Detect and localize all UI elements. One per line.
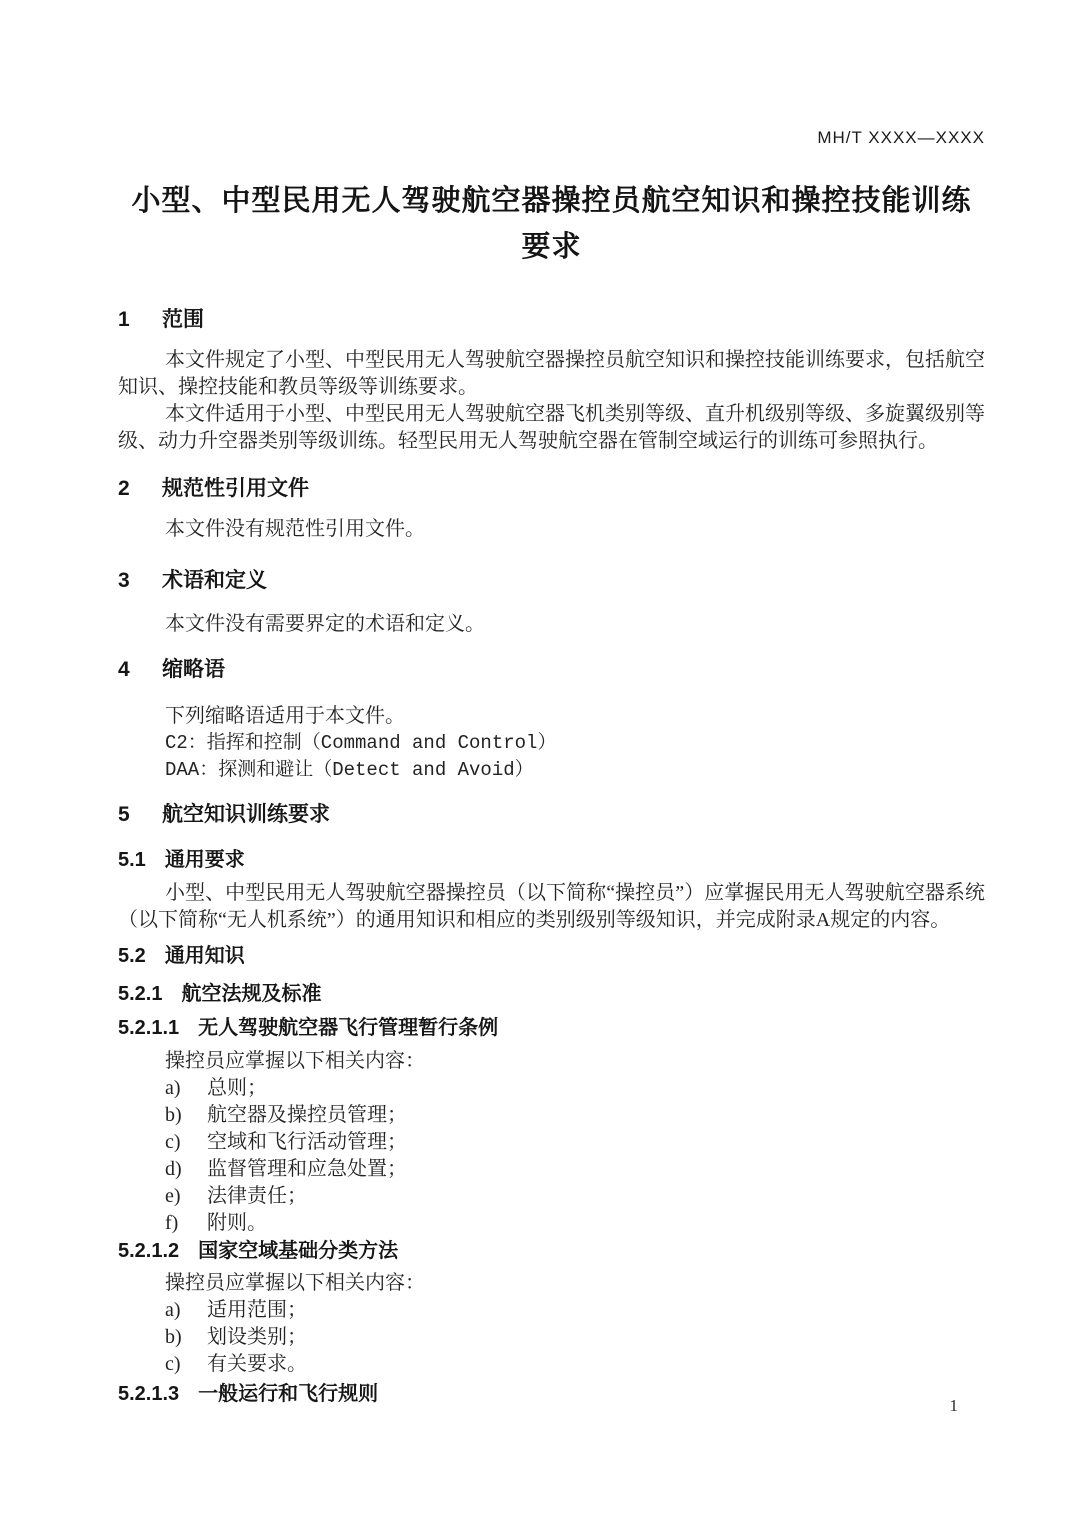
section-title: 一般运行和飞行规则: [198, 1380, 378, 1408]
list-item-label: e): [165, 1183, 207, 1210]
airspace-classification-list: a) 适用范围； b) 划设类别； c) 有关要求。: [118, 1297, 985, 1378]
list-item-label: f): [165, 1210, 207, 1237]
section-heading-scope: 1 范围: [118, 306, 985, 334]
list-item-text: 适用范围；: [207, 1297, 307, 1324]
list-item-text: 航空器及操控员管理；: [207, 1102, 407, 1129]
section-heading-terms: 3 术语和定义: [118, 567, 985, 595]
doc-title-line2: 要求: [118, 224, 985, 270]
document-page: MH/T XXXX—XXXX 小型、中型民用无人驾驶航空器操控员航空知识和操控技…: [0, 0, 1080, 1527]
section-heading-airspace-classification: 5.2.1.2 国家空域基础分类方法: [118, 1237, 985, 1265]
list-item: a) 总则；: [118, 1075, 985, 1102]
list-item-label: b): [165, 1102, 207, 1129]
section-title: 通用知识: [165, 942, 245, 970]
doc-title: 小型、中型民用无人驾驶航空器操控员航空知识和操控技能训练 要求: [118, 178, 985, 270]
paragraph-scope-1: 本文件规定了小型、中型民用无人驾驶航空器操控员航空知识和操控技能训练要求，包括航…: [118, 347, 985, 401]
section-heading-normative-refs: 2 规范性引用文件: [118, 475, 985, 503]
list-item-text: 划设类别；: [207, 1324, 307, 1351]
list-item-text: 法律责任；: [207, 1183, 307, 1210]
list-item-label: b): [165, 1324, 207, 1351]
section-title: 术语和定义: [162, 567, 267, 595]
section-number: 5.2.1: [118, 980, 162, 1008]
section-heading-general-knowledge: 5.2 通用知识: [118, 942, 985, 970]
list-item-label: a): [165, 1075, 207, 1102]
section-number: 5.2.1.3: [118, 1380, 179, 1408]
list-item-text: 附则。: [207, 1210, 267, 1237]
section-number: 5.2: [118, 942, 146, 970]
section-number: 5.1: [118, 846, 146, 874]
paragraph-scope-2: 本文件适用于小型、中型民用无人驾驶航空器飞机类别等级、直升机级别等级、多旋翼级别…: [118, 401, 985, 455]
section-title: 航空法规及标准: [181, 980, 321, 1008]
section-number: 5.2.1.2: [118, 1237, 179, 1265]
section-number: 4: [118, 656, 162, 684]
list-item: f) 附则。: [118, 1210, 985, 1237]
section-number: 2: [118, 475, 162, 503]
paragraph-abbreviations-intro: 下列缩略语适用于本文件。: [118, 703, 985, 730]
paragraph-airspace-intro: 操控员应掌握以下相关内容：: [118, 1270, 985, 1297]
section-title: 国家空域基础分类方法: [198, 1237, 398, 1265]
list-item-label: a): [165, 1297, 207, 1324]
list-item-label: d): [165, 1156, 207, 1183]
abbreviation-daa: DAA：探测和避让（Detect and Avoid）: [118, 757, 985, 784]
paragraph-interim-intro: 操控员应掌握以下相关内容：: [118, 1048, 985, 1075]
section-title: 规范性引用文件: [162, 475, 309, 503]
list-item-text: 监督管理和应急处置；: [207, 1156, 407, 1183]
section-number: 5: [118, 801, 162, 829]
section-heading-flight-rules: 5.2.1.3 一般运行和飞行规则: [118, 1380, 985, 1408]
list-item: b) 航空器及操控员管理；: [118, 1102, 985, 1129]
interim-regulation-list: a) 总则； b) 航空器及操控员管理； c) 空域和飞行活动管理； d) 监督…: [118, 1075, 985, 1237]
list-item: a) 适用范围；: [118, 1297, 985, 1324]
list-item: d) 监督管理和应急处置；: [118, 1156, 985, 1183]
paragraph-general-req: 小型、中型民用无人驾驶航空器操控员（以下简称“操控员”）应掌握民用无人驾驶航空器…: [118, 880, 985, 934]
section-number: 1: [118, 306, 162, 334]
list-item-text: 空域和飞行活动管理；: [207, 1129, 407, 1156]
paragraph-normative-refs: 本文件没有规范性引用文件。: [118, 516, 985, 543]
section-number: 5.2.1.1: [118, 1014, 179, 1042]
doc-title-line1: 小型、中型民用无人驾驶航空器操控员航空知识和操控技能训练: [118, 178, 985, 224]
list-item-label: c): [165, 1129, 207, 1156]
list-item-label: c): [165, 1351, 207, 1378]
list-item-text: 有关要求。: [207, 1351, 307, 1378]
section-title: 通用要求: [165, 846, 245, 874]
section-title: 航空知识训练要求: [162, 801, 330, 829]
section-title: 无人驾驶航空器飞行管理暂行条例: [198, 1014, 498, 1042]
section-heading-interim-regulation: 5.2.1.1 无人驾驶航空器飞行管理暂行条例: [118, 1014, 985, 1042]
section-heading-abbreviations: 4 缩略语: [118, 656, 985, 684]
list-item: e) 法律责任；: [118, 1183, 985, 1210]
section-title: 范围: [162, 306, 204, 334]
paragraph-terms: 本文件没有需要界定的术语和定义。: [118, 611, 985, 638]
section-number: 3: [118, 567, 162, 595]
list-item: b) 划设类别；: [118, 1324, 985, 1351]
page-number: 1: [950, 1396, 959, 1416]
abbreviation-c2: C2：指挥和控制（Command and Control）: [118, 730, 985, 757]
section-heading-knowledge-req: 5 航空知识训练要求: [118, 801, 985, 829]
doc-code: MH/T XXXX—XXXX: [118, 128, 985, 148]
section-heading-regulations: 5.2.1 航空法规及标准: [118, 980, 985, 1008]
list-item-text: 总则；: [207, 1075, 267, 1102]
list-item: c) 空域和飞行活动管理；: [118, 1129, 985, 1156]
section-title: 缩略语: [162, 656, 225, 684]
section-heading-general-req: 5.1 通用要求: [118, 846, 985, 874]
list-item: c) 有关要求。: [118, 1351, 985, 1378]
